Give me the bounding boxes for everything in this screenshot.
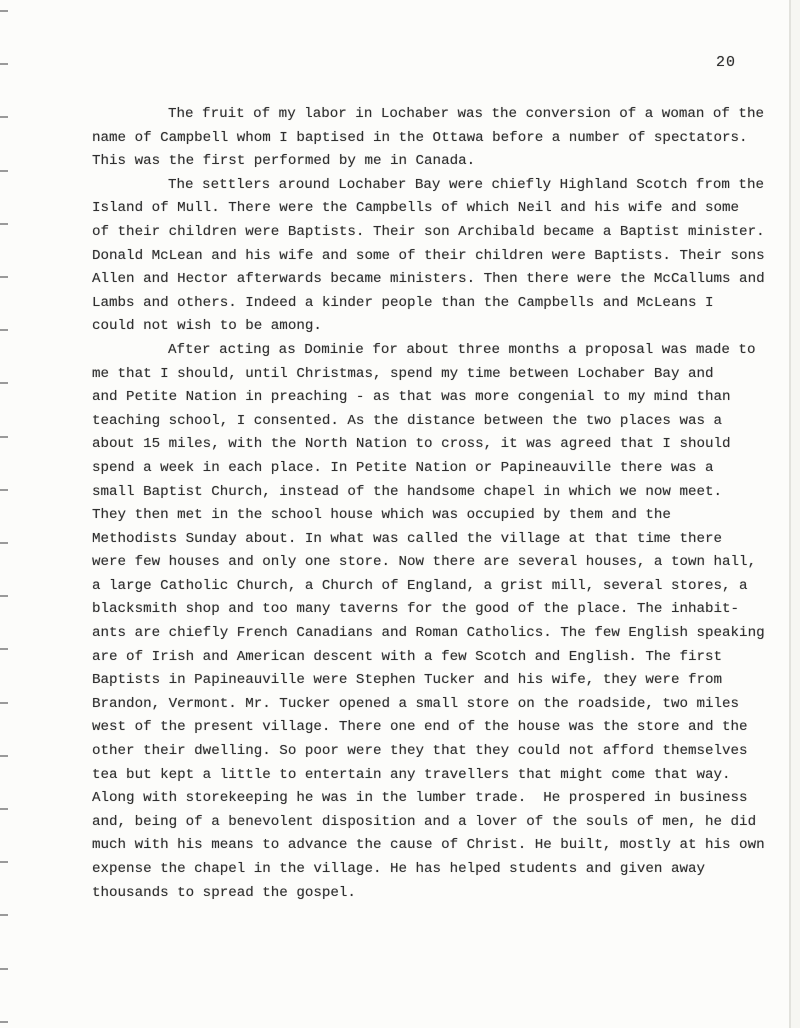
page-text: The fruit of my labor in Lochaber was th… xyxy=(92,103,787,905)
text-line: thousands to spread the gospel. xyxy=(92,882,787,906)
text-line: about 15 miles, with the North Nation to… xyxy=(92,433,787,457)
text-line: Along with storekeeping he was in the lu… xyxy=(92,787,787,811)
text-line: spend a week in each place. In Petite Na… xyxy=(92,457,787,481)
text-line: small Baptist Church, instead of the han… xyxy=(92,481,787,505)
margin-tick xyxy=(0,116,8,118)
margin-tick xyxy=(0,648,8,650)
text-line: Methodists Sunday about. In what was cal… xyxy=(92,528,787,552)
margin-tick xyxy=(0,595,8,597)
text-line: Allen and Hector afterwards became minis… xyxy=(92,268,787,292)
margin-tick xyxy=(0,382,8,384)
text-line: and, being of a benevolent disposition a… xyxy=(92,811,787,835)
scanned-page: 20 The fruit of my labor in Lochaber was… xyxy=(0,0,800,1028)
text-line: me that I should, until Christmas, spend… xyxy=(92,363,787,387)
text-line: other their dwelling. So poor were they … xyxy=(92,740,787,764)
text-line: They then met in the school house which … xyxy=(92,504,787,528)
text-line: and Petite Nation in preaching - as that… xyxy=(92,386,787,410)
margin-tick xyxy=(0,968,8,970)
text-line: After acting as Dominie for about three … xyxy=(92,339,787,363)
margin-tick xyxy=(0,755,8,757)
paragraph: The fruit of my labor in Lochaber was th… xyxy=(92,103,787,174)
text-line: are of Irish and American descent with a… xyxy=(92,646,787,670)
text-line: west of the present village. There one e… xyxy=(92,716,787,740)
text-line: blacksmith shop and too many taverns for… xyxy=(92,598,787,622)
page-edge-shadow xyxy=(789,0,791,1028)
text-line: tea but kept a little to entertain any t… xyxy=(92,764,787,788)
text-line: of their children were Baptists. Their s… xyxy=(92,221,787,245)
margin-tick xyxy=(0,702,8,704)
text-line: expense the chapel in the village. He ha… xyxy=(92,858,787,882)
text-line: Brandon, Vermont. Mr. Tucker opened a sm… xyxy=(92,693,787,717)
paragraph: The settlers around Lochaber Bay were ch… xyxy=(92,174,787,339)
text-line: Donald McLean and his wife and some of t… xyxy=(92,245,787,269)
text-line: The fruit of my labor in Lochaber was th… xyxy=(92,103,787,127)
margin-tick xyxy=(0,808,8,810)
margin-tick xyxy=(0,10,8,12)
margin-tick xyxy=(0,436,8,438)
text-line: much with his means to advance the cause… xyxy=(92,834,787,858)
text-line: teaching school, I consented. As the dis… xyxy=(92,410,787,434)
margin-tick xyxy=(0,276,8,278)
text-line: were few houses and only one store. Now … xyxy=(92,551,787,575)
text-line: a large Catholic Church, a Church of Eng… xyxy=(92,575,787,599)
margin-tick xyxy=(0,542,8,544)
text-line: could not wish to be among. xyxy=(92,315,787,339)
page-edge-band xyxy=(791,0,800,1028)
margin-tick xyxy=(0,861,8,863)
margin-tick xyxy=(0,63,8,65)
text-line: Baptists in Papineauville were Stephen T… xyxy=(92,669,787,693)
margin-tick xyxy=(0,170,8,172)
margin-tick xyxy=(0,914,8,916)
text-line: name of Campbell whom I baptised in the … xyxy=(92,127,787,151)
text-line: Lambs and others. Indeed a kinder people… xyxy=(92,292,787,316)
margin-tick xyxy=(0,1021,8,1023)
paragraph: After acting as Dominie for about three … xyxy=(92,339,787,905)
page-number: 20 xyxy=(716,54,736,71)
text-line: This was the first performed by me in Ca… xyxy=(92,150,787,174)
margin-tick xyxy=(0,329,8,331)
margin-tick xyxy=(0,489,8,491)
text-line: The settlers around Lochaber Bay were ch… xyxy=(92,174,787,198)
text-line: Island of Mull. There were the Campbells… xyxy=(92,197,787,221)
margin-tick xyxy=(0,223,8,225)
text-line: ants are chiefly French Canadians and Ro… xyxy=(92,622,787,646)
